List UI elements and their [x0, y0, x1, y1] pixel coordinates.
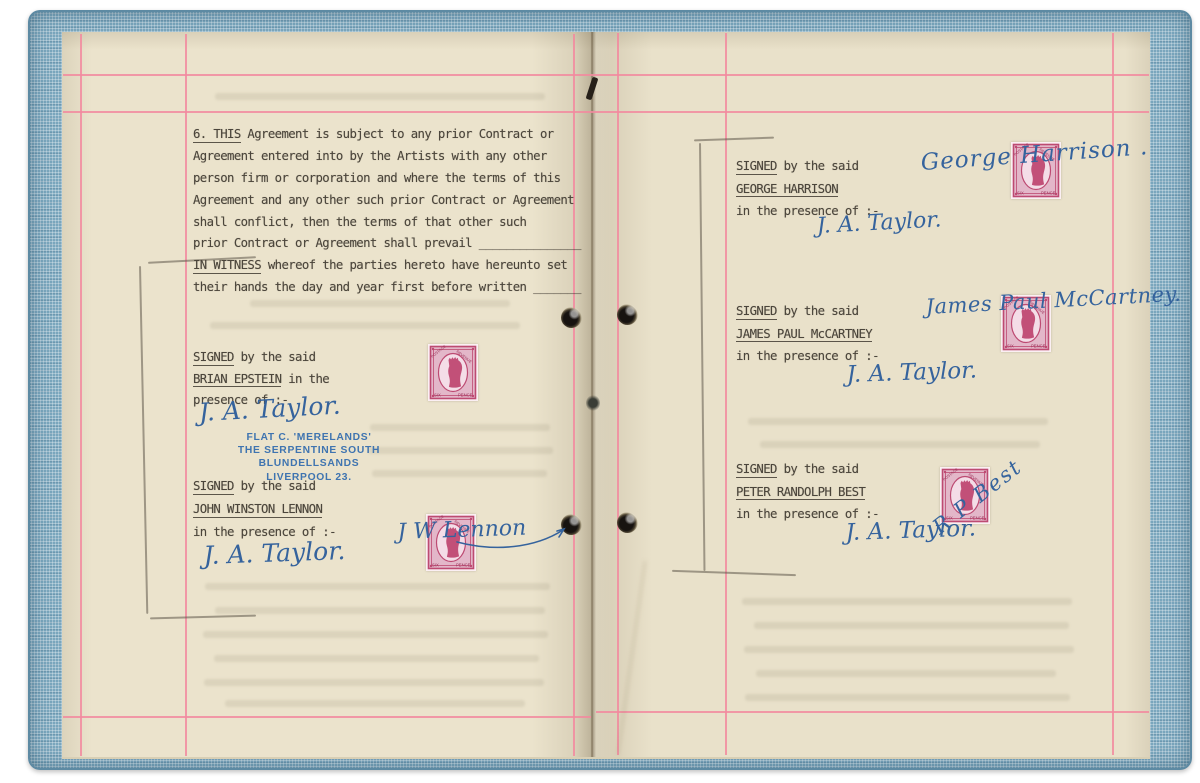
- ghost-text-smudge: [744, 646, 1074, 653]
- ruling-line: [63, 716, 591, 718]
- margin-line: [725, 33, 727, 755]
- punch-hole: [617, 512, 638, 533]
- signed-line: JOHN WINSTON LENNON: [193, 502, 336, 525]
- punch-hole: [561, 307, 582, 328]
- svg-text:PENCE: PENCE: [970, 516, 985, 521]
- ghost-text-smudge: [370, 424, 550, 431]
- ghost-text-smudge: [204, 679, 544, 686]
- svg-text:PENCE: PENCE: [456, 563, 471, 568]
- signed-line: GEORGE HARRISON: [736, 182, 879, 205]
- svg-text:SIX: SIX: [432, 563, 439, 568]
- address-line: THE SERPENTINE SOUTH: [220, 444, 398, 457]
- ghost-text-smudge: [214, 655, 539, 662]
- ghost-text-smudge: [756, 670, 1056, 677]
- address-line: FLAT C. 'MERELANDS': [220, 431, 398, 444]
- ghost-text-smudge: [225, 700, 525, 707]
- margin-line: [185, 34, 187, 756]
- margin-line: [617, 33, 619, 755]
- clause-line: IN WITNESS whereof the parties hereto ha…: [193, 258, 581, 280]
- clause-line: prior Contract or Agreement shall prevai…: [193, 236, 581, 258]
- address-line: BLUNDELLSANDS: [220, 457, 398, 470]
- document-photo: 6. THIS Agreement is subject to any prio…: [0, 0, 1200, 783]
- stamp-graphic: POSTAGE REVENUE SIX PENCE: [428, 344, 478, 401]
- svg-text:PENCE: PENCE: [458, 393, 473, 398]
- signed-line: JAMES PAUL McCARTNEY: [736, 327, 879, 350]
- clause-line: shall conflict, then the terms of that o…: [193, 215, 581, 237]
- svg-text:PENCE: PENCE: [1041, 191, 1056, 196]
- svg-text:SIX: SIX: [1007, 344, 1014, 349]
- ghost-text-smudge: [205, 583, 550, 590]
- ghost-text-smudge: [203, 631, 548, 638]
- ghost-text-smudge: [210, 322, 520, 329]
- ghost-text-smudge: [760, 441, 1040, 448]
- ghost-text-smudge: [215, 607, 545, 614]
- svg-text:SIX: SIX: [1017, 191, 1024, 196]
- signed-line: SIGNED by the said: [736, 462, 879, 485]
- signed-line: SIGNED by the said: [736, 159, 879, 182]
- svg-text:SIX: SIX: [434, 393, 441, 398]
- ruling-line: [63, 111, 1149, 113]
- punch-hole: [617, 304, 638, 325]
- signed-line: PETER RANDOLPH BEST: [736, 485, 879, 508]
- clause-line: 6. THIS Agreement is subject to any prio…: [193, 127, 581, 149]
- revenue-stamp: POSTAGE REVENUE SIX PENCE: [428, 344, 478, 401]
- binding-mark: [586, 395, 600, 411]
- ghost-text-smudge: [215, 93, 545, 100]
- ghost-text-smudge: [745, 694, 1070, 701]
- clause-paragraph: 6. THIS Agreement is subject to any prio…: [193, 127, 581, 302]
- clause-line: Agreement entered into by the Artists wi…: [193, 149, 581, 171]
- witness-address: FLAT C. 'MERELANDS' THE SERPENTINE SOUTH…: [220, 431, 398, 484]
- signed-line: SIGNED by the said: [193, 350, 329, 372]
- ruling-line: [63, 74, 1149, 76]
- ghost-text-smudge: [748, 418, 1048, 425]
- clause-line: Agreement and any other such prior Contr…: [193, 193, 581, 215]
- ghost-text-smudge: [754, 622, 1069, 629]
- witness-signature-taylor: J. A. Taylor.: [203, 536, 346, 570]
- margin-line: [80, 34, 82, 756]
- clause-line: their hands the day and year first befor…: [193, 280, 581, 302]
- lennon-signature-flourish: [455, 522, 570, 554]
- ghost-text-smudge: [372, 470, 547, 477]
- ruling-line: [596, 711, 1149, 713]
- signed-line: SIGNED by the said: [193, 479, 336, 502]
- signed-line: SIGNED by the said: [736, 304, 879, 327]
- signed-line: BRIAN EPSTEIN in the: [193, 372, 329, 394]
- ghost-text-smudge: [742, 598, 1072, 605]
- clause-line: person firm or corporation and where the…: [193, 171, 581, 193]
- witness-signature-taylor: J. A. Taylor.: [846, 357, 977, 388]
- svg-text:PENCE: PENCE: [1031, 344, 1046, 349]
